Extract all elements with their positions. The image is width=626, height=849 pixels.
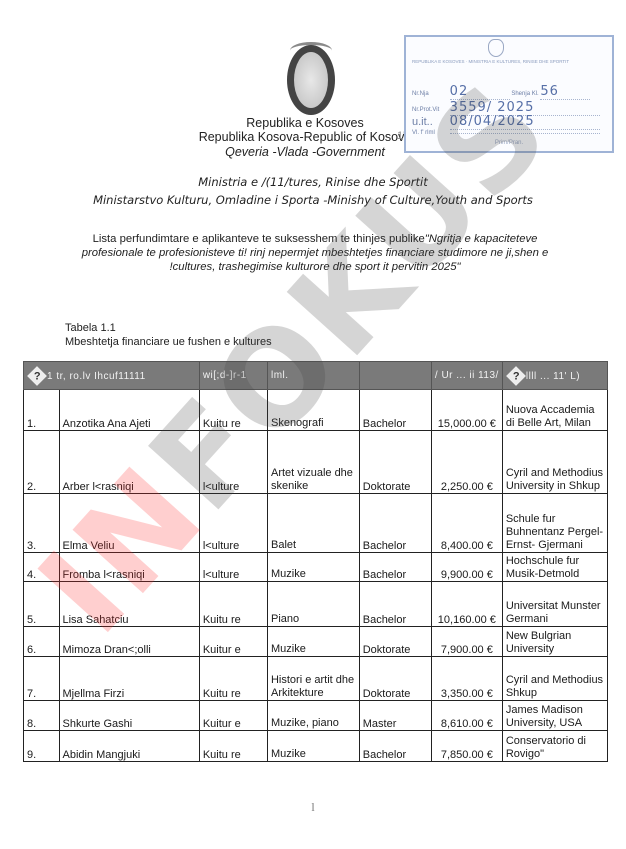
page-number: l — [0, 800, 626, 815]
cell-university: James Madison University, USA — [502, 701, 607, 731]
cell-study-level: Doktorate — [359, 431, 431, 494]
stamp-label: Nr.Prot.Vit — [412, 107, 448, 113]
cell-university: Cyril and Methodius Shkup — [502, 657, 607, 701]
stamp-value: 3559/ 2025 — [450, 100, 535, 115]
cell-applicant-name: Mimoza Dran<;olli — [59, 627, 199, 657]
cell-field-of-study: Histori e artit dhe Arkitekture — [267, 657, 359, 701]
cell-row-number: 3. — [24, 494, 60, 553]
table-subtitle: Mbeshtetja financiare ue fushen e kultur… — [65, 335, 272, 349]
cell-amount: 15,000.00 € — [431, 390, 502, 431]
ministry-name-multilingual: Ministarstvo Kulturu, Omladine i Sporta … — [0, 193, 626, 207]
cell-area: Kuitu re — [199, 390, 267, 431]
table-row: 1.Anzotika Ana AjetiKuitu reSkenografiBa… — [24, 390, 608, 431]
table-row: 9.Abidin MangjukiKuitu reMuzikeBachelor7… — [24, 731, 608, 762]
cell-study-level: Bachelor — [359, 553, 431, 582]
table-label: Tabela 1.1 — [65, 321, 272, 335]
stamp-row-number: Nr.Nja 02 Shenja Kl. 56 — [412, 84, 608, 100]
stamp-header-text: REPUBLIKA E KOSOVES · MINISTRIA E KULTUR… — [412, 59, 608, 65]
cell-amount: 7,850.00 € — [431, 731, 502, 762]
kosovo-coat-of-arms-icon — [287, 45, 335, 115]
cell-field-of-study: Skenografi — [267, 390, 359, 431]
unknown-glyph-icon: ? — [27, 366, 47, 386]
stamp-value: 02 — [450, 84, 469, 99]
cell-area: Kuitu re — [199, 657, 267, 701]
cell-amount: 10,160.00 € — [431, 582, 502, 627]
cell-area: l<ulture — [199, 553, 267, 582]
cell-amount: 2,250.00 € — [431, 431, 502, 494]
cell-row-number: 7. — [24, 657, 60, 701]
cell-applicant-name: Arber l<rasniqi — [59, 431, 199, 494]
unknown-glyph-icon: ? — [506, 366, 526, 386]
cell-applicant-name: Shkurte Gashi — [59, 701, 199, 731]
stamp-value: 08/04/2025 — [450, 114, 535, 129]
cell-amount: 8,610.00 € — [431, 701, 502, 731]
cell-university: Nuova Accademia di Belle Art, Milan — [502, 390, 607, 431]
cell-applicant-name: Anzotika Ana Ajeti — [59, 390, 199, 431]
cell-applicant-name: Abidin Mangjuki — [59, 731, 199, 762]
table-row: 6.Mimoza Dran<;olliKuitur eMuzikeDoktora… — [24, 627, 608, 657]
header-cell-field: lml. — [267, 362, 359, 390]
cell-university: Hochschule fur Musik-Detmold — [502, 553, 607, 582]
cell-amount: 7,900.00 € — [431, 627, 502, 657]
header-cell-level — [359, 362, 431, 390]
cell-field-of-study: Muzike — [267, 553, 359, 582]
cell-area: l<ulture — [199, 494, 267, 553]
cell-study-level: Bachelor — [359, 494, 431, 553]
cell-row-number: 6. — [24, 627, 60, 657]
cell-university: Universitat Munster Germani — [502, 582, 607, 627]
cell-row-number: 4. — [24, 553, 60, 582]
cell-area: Kuitur e — [199, 701, 267, 731]
stamp-label: Shenja Kl. — [511, 91, 538, 97]
header-cell-name: ?1 tr, ro.lv Ihcuf11111 — [24, 362, 200, 390]
cell-amount: 8,400.00 € — [431, 494, 502, 553]
cell-row-number: 2. — [24, 431, 60, 494]
cell-amount: 3,350.00 € — [431, 657, 502, 701]
cell-applicant-name: Mjellma Firzi — [59, 657, 199, 701]
cell-university: Cyril and Methodius University in Shkup — [502, 431, 607, 494]
cell-field-of-study: Muzike — [267, 627, 359, 657]
cell-row-number: 5. — [24, 582, 60, 627]
stamp-row-signature: Vl. f' rlml — [412, 130, 608, 136]
cell-university: New Bulgrian University — [502, 627, 607, 657]
stamp-value: 56 — [540, 84, 559, 99]
header-cell-amount: / Ur ... ii 113/ — [431, 362, 502, 390]
cell-study-level: Doktorate — [359, 657, 431, 701]
table-row: 4.Fromba l<rasniqil<ultureMuzikeBachelor… — [24, 553, 608, 582]
cell-field-of-study: Artet vizuale dhe skenike — [267, 431, 359, 494]
ministry-name-albanian: Ministria e /(11/tures, Rinise dhe Sport… — [0, 175, 626, 189]
cell-applicant-name: Lisa Sahatciu — [59, 582, 199, 627]
stamp-label: u.it.. — [412, 116, 448, 128]
cell-field-of-study: Muzike — [267, 731, 359, 762]
cell-row-number: 9. — [24, 731, 60, 762]
cell-study-level: Doktorate — [359, 627, 431, 657]
cell-field-of-study: Balet — [267, 494, 359, 553]
cell-study-level: Bachelor — [359, 731, 431, 762]
cell-field-of-study: Piano — [267, 582, 359, 627]
applicants-table: ?1 tr, ro.lv Ihcuf11111 wi[;d-]r-1 lml. … — [23, 361, 608, 762]
header-cell-university: ?llll ... 11' L) — [502, 362, 607, 390]
cell-university: Schule fur Buhnentanz Pergel-Ernst- Gjer… — [502, 494, 607, 553]
cell-area: l<ulture — [199, 431, 267, 494]
cell-row-number: 1. — [24, 390, 60, 431]
cell-applicant-name: Fromba l<rasniqi — [59, 553, 199, 582]
stamp-label: Vl. f' rlml — [412, 130, 448, 136]
cell-study-level: Bachelor — [359, 390, 431, 431]
stamp-row-date: u.it.. 08/04/2025 — [412, 114, 608, 130]
title-plain: Lista perfundimtare e aplikanteve te suk… — [93, 233, 425, 245]
table-row: 8.Shkurte GashiKuitur eMuzike, pianoMast… — [24, 701, 608, 731]
cell-area: Kuitu re — [199, 582, 267, 627]
table-caption: Tabela 1.1 Mbeshtetja financiare ue fush… — [65, 321, 272, 349]
cell-study-level: Master — [359, 701, 431, 731]
table-header-row: ?1 tr, ro.lv Ihcuf11111 wi[;d-]r-1 lml. … — [24, 362, 608, 390]
table-row: 2.Arber l<rasniqil<ultureArtet vizuale d… — [24, 431, 608, 494]
cell-row-number: 8. — [24, 701, 60, 731]
stamp-footer: Prim/Pran. — [406, 140, 612, 146]
table-row: 7.Mjellma FirziKuitu reHistori e artit d… — [24, 657, 608, 701]
cell-area: Kuitu re — [199, 731, 267, 762]
header-cell-area: wi[;d-]r-1 — [199, 362, 267, 390]
stamp-label: Nr.Nja — [412, 91, 448, 97]
cell-amount: 9,900.00 € — [431, 553, 502, 582]
table-row: 5.Lisa SahatciuKuitu rePianoBachelor10,1… — [24, 582, 608, 627]
cell-area: Kuitur e — [199, 627, 267, 657]
cell-applicant-name: Elma Veliu — [59, 494, 199, 553]
cell-university: Conservatorio di Rovigo" — [502, 731, 607, 762]
table-row: 3.Elma Veliul<ultureBaletBachelor8,400.0… — [24, 494, 608, 553]
stamp-emblem-icon — [488, 39, 504, 57]
cell-study-level: Bachelor — [359, 582, 431, 627]
registry-stamp: REPUBLIKA E KOSOVES · MINISTRIA E KULTUR… — [404, 35, 614, 153]
cell-field-of-study: Muzike, piano — [267, 701, 359, 731]
document-title: Lista perfundimtare e aplikanteve te suk… — [65, 232, 565, 274]
